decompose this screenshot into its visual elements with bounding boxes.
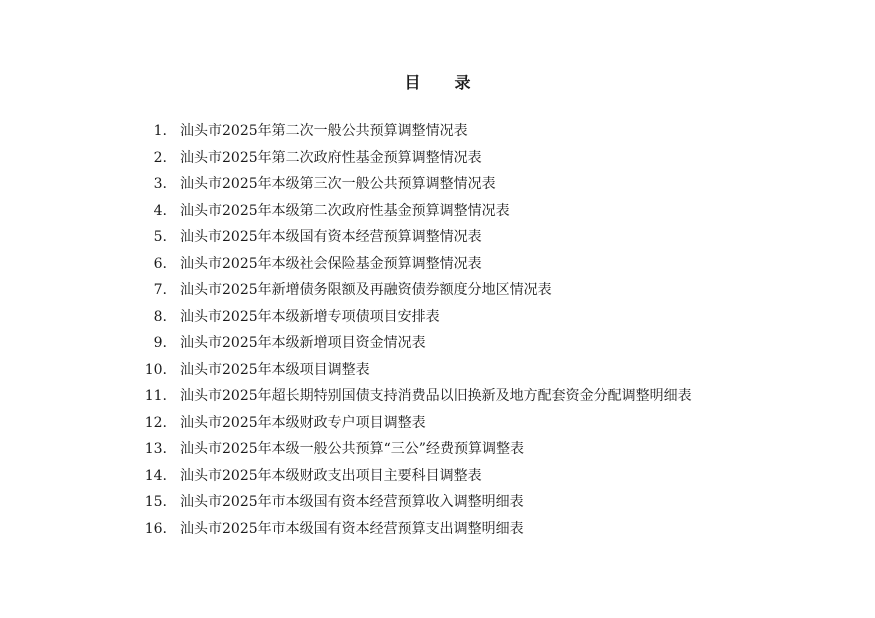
toc-title: 汕头市2025年本级第二次政府性基金预算调整情况表 bbox=[180, 201, 510, 221]
toc-number: 9. bbox=[143, 333, 167, 353]
toc-title: 汕头市2025年本级财政专户项目调整表 bbox=[180, 413, 426, 433]
toc-title: 汕头市2025年市本级国有资本经营预算收入调整明细表 bbox=[180, 492, 524, 512]
page-title: 目录 bbox=[0, 70, 875, 93]
toc-number: 11. bbox=[143, 386, 167, 406]
toc-number: 7. bbox=[143, 280, 167, 300]
toc-number: 5. bbox=[143, 227, 167, 247]
page-title-right: 录 bbox=[455, 73, 471, 92]
toc-title: 汕头市2025年本级新增专项债项目安排表 bbox=[180, 307, 440, 327]
toc-number: 12. bbox=[143, 413, 167, 433]
toc-number: 2. bbox=[143, 148, 167, 168]
toc-title: 汕头市2025年本级项目调整表 bbox=[180, 360, 370, 380]
toc-number: 1. bbox=[143, 121, 167, 141]
toc-number: 3. bbox=[143, 174, 167, 194]
toc-title: 汕头市2025年本级社会保险基金预算调整情况表 bbox=[180, 254, 482, 274]
toc-title: 汕头市2025年本级财政支出项目主要科目调整表 bbox=[180, 466, 482, 486]
toc-title: 汕头市2025年第二次政府性基金预算调整情况表 bbox=[180, 148, 482, 168]
toc-title: 汕头市2025年超长期特别国债支持消费品以旧换新及地方配套资金分配调整明细表 bbox=[180, 386, 692, 406]
toc-title: 汕头市2025年本级一般公共预算“三公”经费预算调整表 bbox=[180, 439, 524, 459]
toc-title: 汕头市2025年本级国有资本经营预算调整情况表 bbox=[180, 227, 482, 247]
page-title-left: 目 bbox=[404, 73, 420, 92]
toc-title: 汕头市2025年本级第三次一般公共预算调整情况表 bbox=[180, 174, 496, 194]
toc-number: 14. bbox=[143, 466, 167, 486]
toc-number: 10. bbox=[143, 360, 167, 380]
toc-number: 16. bbox=[143, 519, 167, 539]
toc-number: 4. bbox=[143, 201, 167, 221]
toc-number: 15. bbox=[143, 492, 167, 512]
toc-number: 8. bbox=[143, 307, 167, 327]
toc-title: 汕头市2025年市本级国有资本经营预算支出调整明细表 bbox=[180, 519, 524, 539]
toc-number: 6. bbox=[143, 254, 167, 274]
toc-title: 汕头市2025年新增债务限额及再融资债券额度分地区情况表 bbox=[180, 280, 552, 300]
toc-title: 汕头市2025年本级新增项目资金情况表 bbox=[180, 333, 426, 353]
toc-number: 13. bbox=[143, 439, 167, 459]
toc-title: 汕头市2025年第二次一般公共预算调整情况表 bbox=[180, 121, 468, 141]
